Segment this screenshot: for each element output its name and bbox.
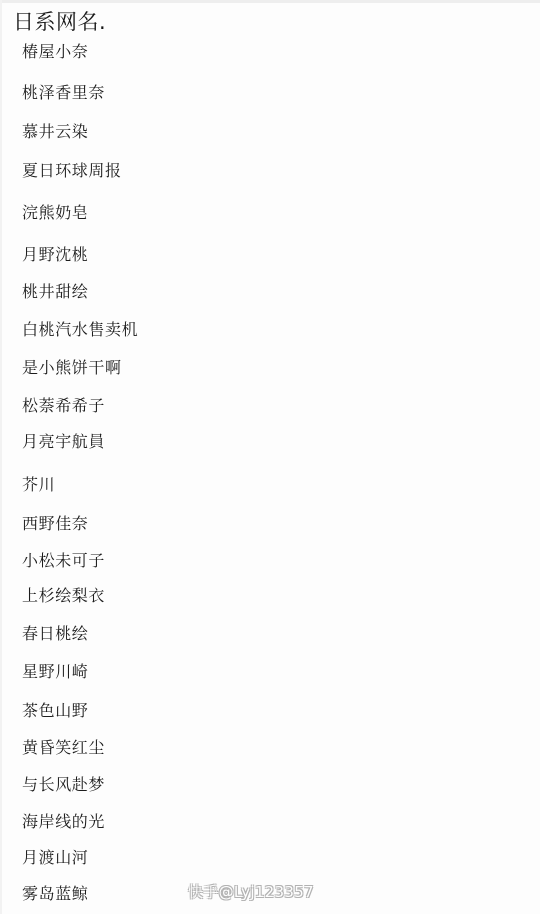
- list-item: 星野川崎: [22, 662, 88, 682]
- list-item: 椿屋小奈: [22, 42, 88, 62]
- list-item: 黄昏笑红尘: [22, 738, 105, 758]
- list-item: 西野佳奈: [22, 514, 88, 534]
- list-item: 茶色山野: [22, 701, 88, 721]
- list-item: 浣熊奶皂: [22, 203, 88, 223]
- list-item: 夏日环球周报: [22, 161, 122, 181]
- list-item: 白桃汽水售卖机: [22, 320, 138, 340]
- list-item: 是小熊饼干啊: [22, 358, 122, 378]
- list-item: 慕井云染: [22, 122, 88, 142]
- page-title: 日系网名.: [13, 9, 106, 35]
- list-item: 雾岛蓝鲸: [22, 884, 88, 904]
- list-item: 小松未可子: [22, 551, 105, 571]
- list-item: 与长风赴梦: [22, 775, 105, 795]
- list-item: 上杉绘梨衣: [22, 586, 105, 606]
- watermark: 快手@Lyj123357: [188, 882, 314, 902]
- list-item: 桃泽香里奈: [22, 83, 105, 103]
- list-item: 月野沈桃: [22, 245, 88, 265]
- left-divider: [0, 0, 2, 914]
- list-item: 芥川: [22, 475, 55, 495]
- top-divider: [0, 0, 540, 3]
- list-item: 松萘希希子: [22, 396, 105, 416]
- list-item: 月亮宇航員: [22, 432, 105, 452]
- list-item: 春日桃绘: [22, 624, 88, 644]
- list-item: 桃井甜绘: [22, 282, 88, 302]
- list-item: 海岸线的光: [22, 812, 105, 832]
- list-item: 月渡山河: [22, 848, 88, 868]
